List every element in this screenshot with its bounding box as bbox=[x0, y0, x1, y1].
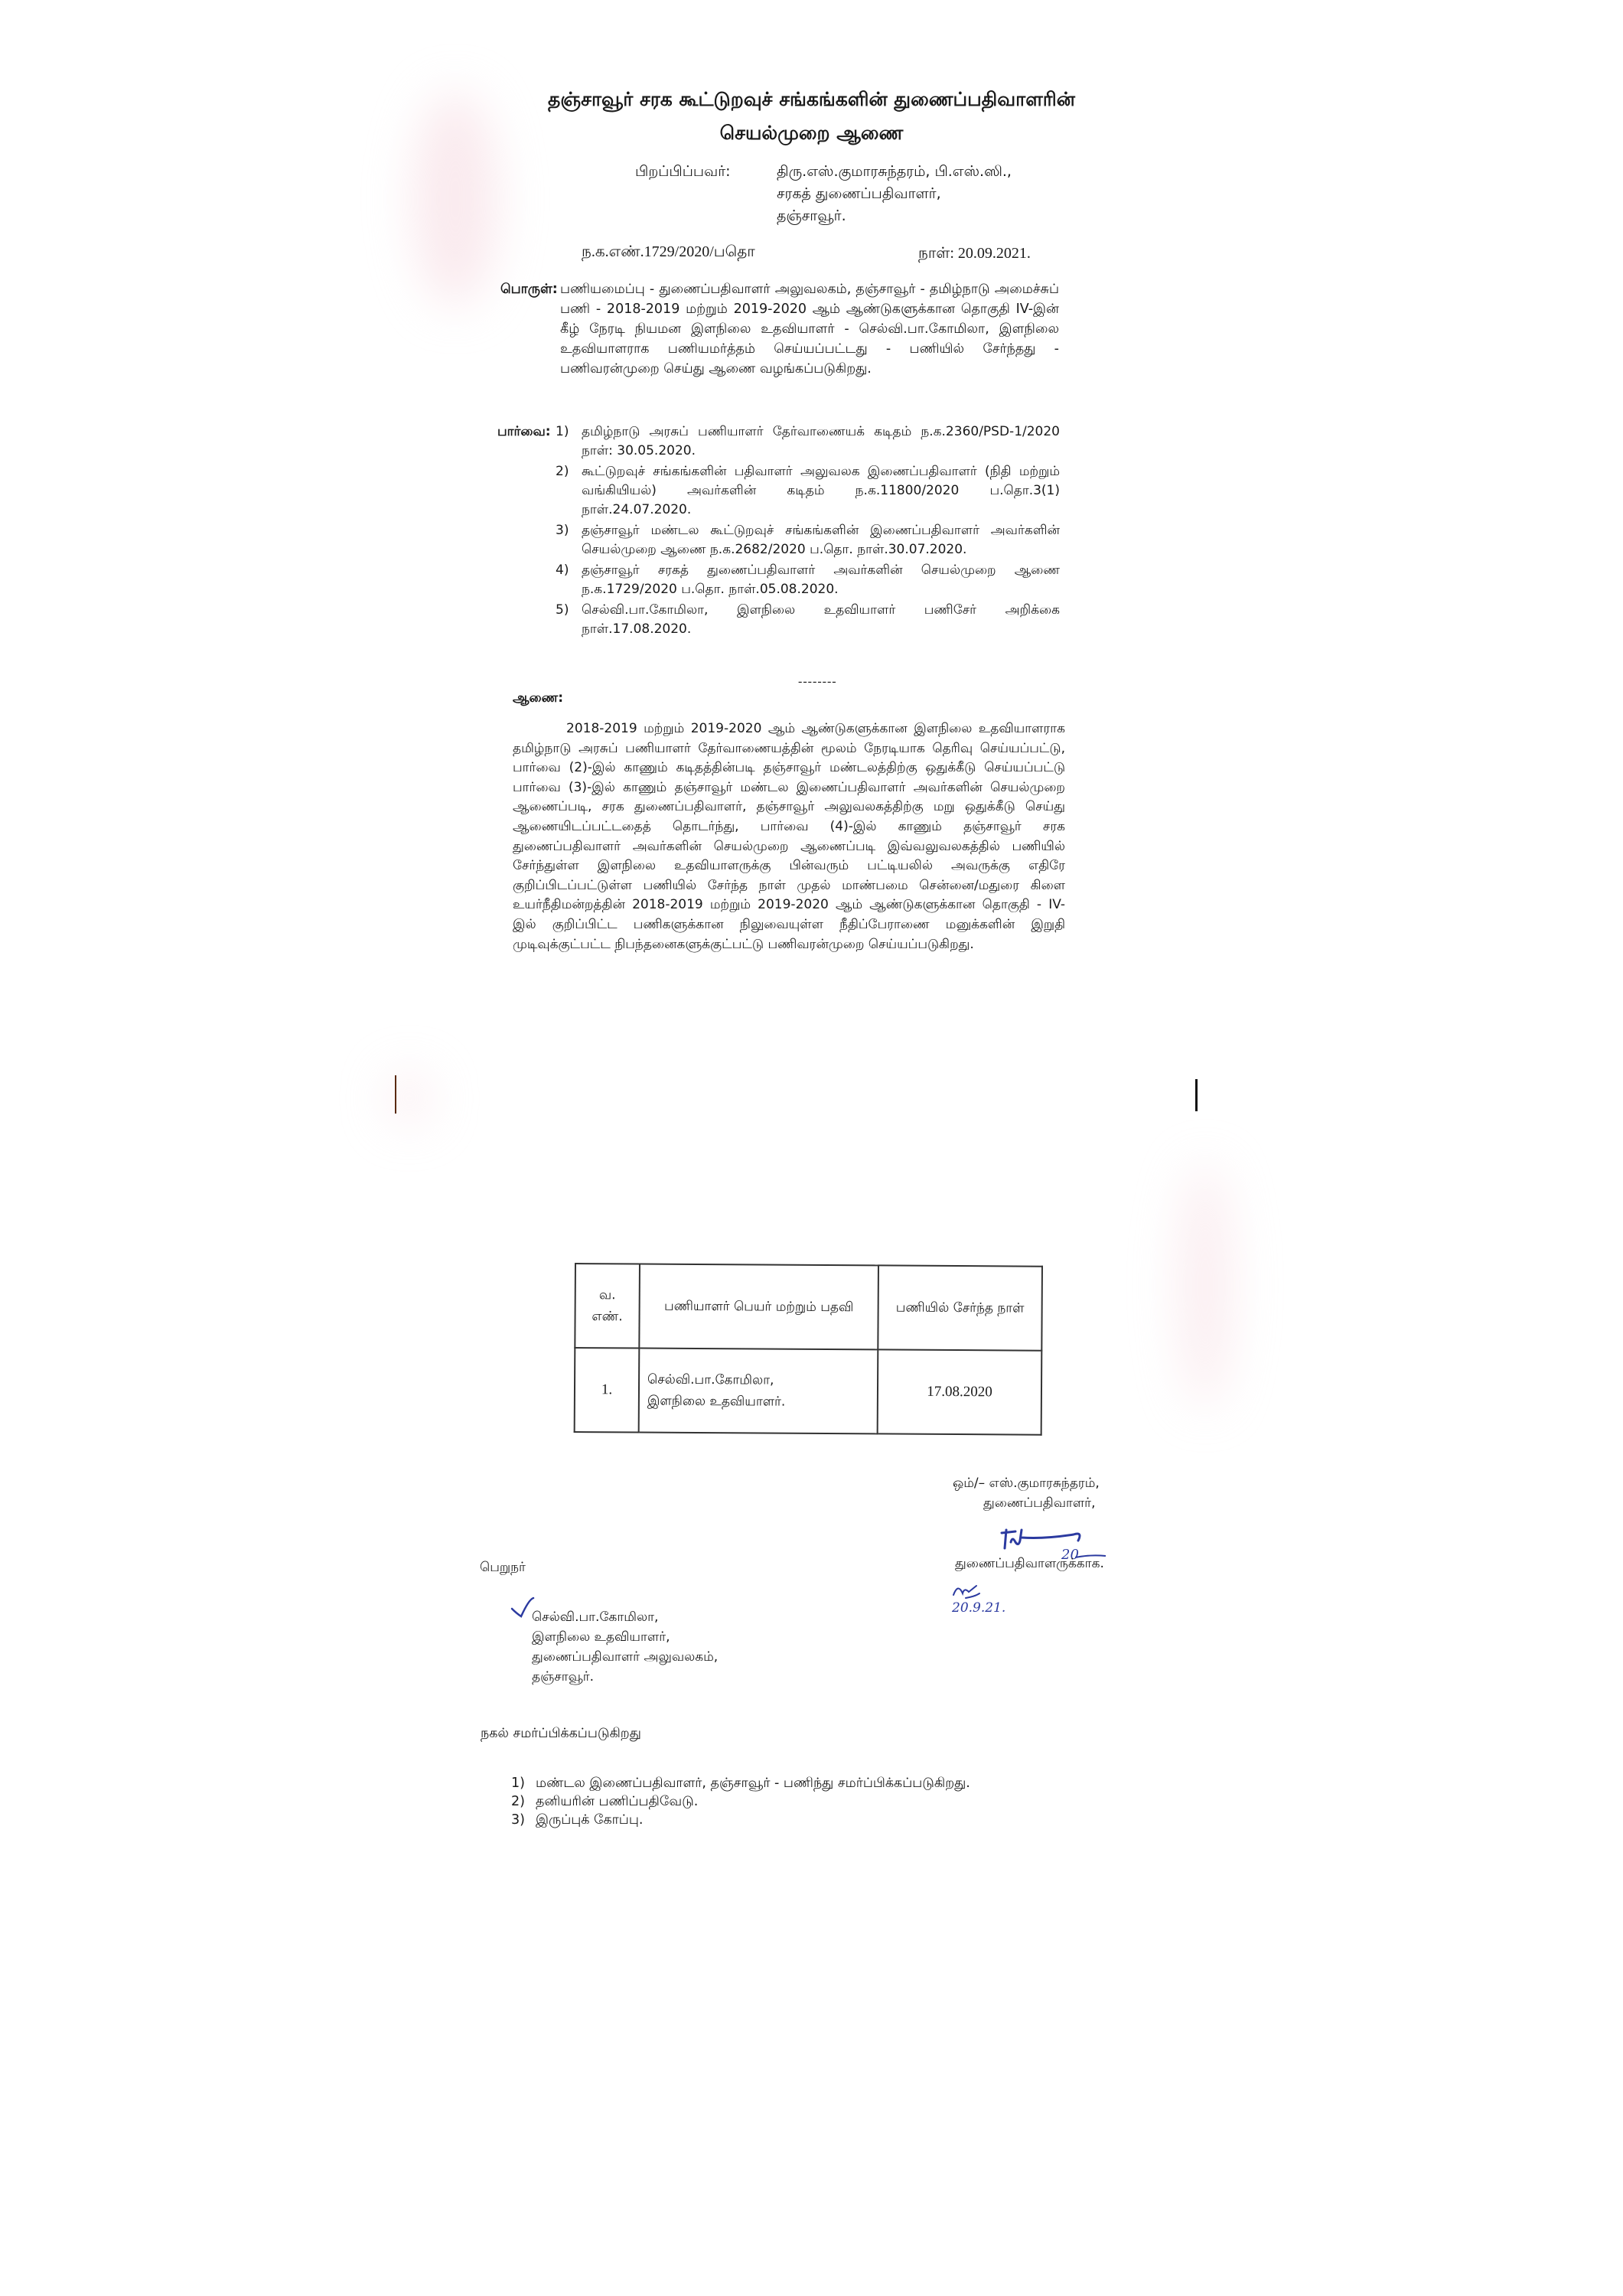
signature-name: ஒம்/– எஸ்.குமாரசுந்தரம், bbox=[953, 1473, 1100, 1493]
reference-item: 3)தஞ்சாவூர் மண்டல கூட்டுறவுச் சங்கங்களின… bbox=[582, 521, 1060, 559]
column-header-serial: வ. எண். bbox=[575, 1264, 640, 1349]
signature-title: துணைப்பதிவாளர், bbox=[953, 1493, 1100, 1513]
column-header-joined: பணியில் சேர்ந்த நாள் bbox=[878, 1265, 1042, 1350]
table-row: 1. செல்வி.பா.கோமிலா, இளநிலை உதவியாளர். 1… bbox=[575, 1348, 1042, 1435]
references-block: பார்வை: 1)தமிழ்நாடு அரசுப் பணியாளர் தேர்… bbox=[497, 422, 1060, 641]
document-date: நாள்: 20.09.2021. bbox=[918, 245, 1031, 264]
table-header-row: வ. எண். பணியாளர் பெயர் மற்றும் பதவி பணிய… bbox=[575, 1264, 1042, 1351]
copy-to-heading: நகல் சமர்ப்பிக்கப்படுகிறது bbox=[481, 1726, 641, 1743]
page-edge-left bbox=[395, 1075, 396, 1114]
title-line-1: தஞ்சாவூர் சரக கூட்டுறவுச் சங்கங்களின் து… bbox=[0, 83, 1623, 116]
page-edge-right bbox=[1195, 1079, 1198, 1111]
scan-tint-mid-right bbox=[1178, 1163, 1232, 1408]
recipient-line: துணைப்பதிவாளர் அலுவலகம், bbox=[532, 1647, 718, 1667]
recipient-heading: பெறுநர் bbox=[480, 1560, 526, 1577]
reference-item: 4)தஞ்சாவூர் சரகத் துணைப்பதிவாளர் அவர்களி… bbox=[582, 561, 1060, 599]
reference-item: 1)தமிழ்நாடு அரசுப் பணியாளர் தேர்வாணையக் … bbox=[582, 422, 1060, 461]
svg-text:20.9.21.: 20.9.21. bbox=[951, 1600, 1005, 1616]
staff-table: வ. எண். பணியாளர் பெயர் மற்றும் பதவி பணிய… bbox=[574, 1263, 1043, 1436]
signature-block: ஒம்/– எஸ்.குமாரசுந்தரம், துணைப்பதிவாளர், bbox=[953, 1473, 1100, 1513]
handwritten-initial-icon: 20.9.21. bbox=[949, 1578, 1041, 1616]
cell-joined-date: 17.08.2020 bbox=[878, 1349, 1042, 1434]
recipient-line: செல்வி.பா.கோமிலா, bbox=[532, 1607, 718, 1627]
copy-to-item: 1)மண்டல இணைப்பதிவாளர், தஞ்சாவூர் - பணிந்… bbox=[536, 1774, 970, 1792]
reference-item: 5)செல்வி.பா.கோமிலா, இளநிலை உதவியாளர் பணி… bbox=[582, 601, 1060, 639]
issuer-line: சரகத் துணைப்பதிவாளர், bbox=[777, 183, 1012, 205]
issuer-block: பிறப்பிப்பவர்: திரு.எஸ்.குமாரசுந்தரம், ப… bbox=[704, 161, 1012, 227]
issuer-line: தஞ்சாவூர். bbox=[777, 205, 1012, 227]
order-text: 2018-2019 மற்றும் 2019-2020 ஆம் ஆண்டுகளு… bbox=[513, 719, 1065, 954]
document-title: தஞ்சாவூர் சரக கூட்டுறவுச் சங்கங்களின் து… bbox=[0, 83, 1623, 150]
staff-designation: இளநிலை உதவியாளர். bbox=[647, 1391, 869, 1414]
title-line-2: செயல்முறை ஆணை bbox=[0, 116, 1623, 150]
staff-name: செல்வி.பா.கோமிலா, bbox=[647, 1369, 869, 1392]
copy-to-list: 1)மண்டல இணைப்பதிவாளர், தஞ்சாவூர் - பணிந்… bbox=[497, 1774, 970, 1829]
recipient-line: இளநிலை உதவியாளர், bbox=[532, 1627, 718, 1647]
separator: -------- bbox=[798, 675, 837, 689]
copy-to-item: 2)தனியரின் பணிப்பதிவேடு. bbox=[536, 1792, 970, 1811]
cell-serial: 1. bbox=[575, 1348, 640, 1433]
recipient-line: தஞ்சாவூர். bbox=[532, 1667, 718, 1687]
reference-item: 2)கூட்டுறவுச் சங்கங்களின் பதிவாளர் அலுவல… bbox=[582, 462, 1060, 520]
subject-label: பொருள்: bbox=[500, 279, 558, 299]
recipient-address: செல்வி.பா.கோமிலா, இளநிலை உதவியாளர், துணை… bbox=[532, 1607, 718, 1687]
copy-to-item: 3)இருப்புக் கோப்பு. bbox=[536, 1811, 970, 1829]
issuer-line: திரு.எஸ்.குமாரசுந்தரம், பி.எஸ்.ஸி., bbox=[777, 161, 1012, 183]
column-header-name: பணியாளர் பெயர் மற்றும் பதவி bbox=[639, 1264, 878, 1350]
cell-name: செல்வி.பா.கோமிலா, இளநிலை உதவியாளர். bbox=[639, 1349, 878, 1434]
signature-for-line: துணைப்பதிவாளருக்காக. bbox=[955, 1556, 1104, 1573]
order-heading: ஆணை: bbox=[513, 690, 563, 707]
subject-text: பணியமைப்பு - துணைப்பதிவாளர் அலுவலகம், தஞ… bbox=[560, 279, 1059, 379]
scan-tint-mid-left bbox=[386, 1071, 432, 1125]
reference-number: ந.க.எண்.1729/2020/பதொ bbox=[582, 243, 755, 263]
subject-block: பொருள்: பணியமைப்பு - துணைப்பதிவாளர் அலுவ… bbox=[500, 279, 1059, 379]
references-label: பார்வை: bbox=[497, 422, 551, 442]
issuer-label: பிறப்பிப்பவர்: bbox=[635, 161, 731, 183]
